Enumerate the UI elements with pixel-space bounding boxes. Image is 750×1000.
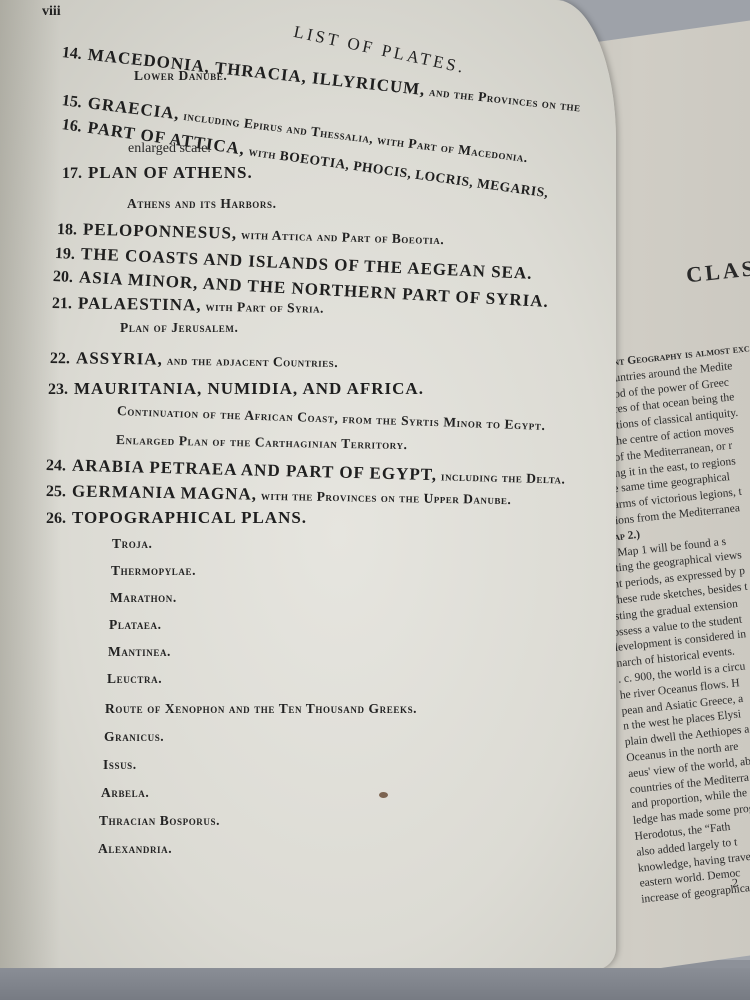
topo-plan-item: Troja. — [112, 536, 152, 552]
plate-number: 20. — [53, 268, 74, 286]
plate-number: 15. — [61, 92, 83, 111]
plate-entry-23: 23.MAURITANIA, NUMIDIA, AND AFRICA. — [48, 379, 424, 399]
plate-subtitle: with the Provinces on the Upper Danube. — [261, 488, 512, 507]
plate-number: 19. — [55, 245, 76, 263]
plate-number: 24. — [46, 457, 66, 475]
plate-title: PELOPONNESUS, — [83, 220, 238, 243]
right-page-heading: CLASS — [685, 254, 750, 289]
topo-plan-item: Mantinea. — [108, 644, 171, 660]
plate-number: 25. — [46, 483, 66, 500]
plate-entry-26: 26.TOPOGRAPHICAL PLANS. — [46, 508, 307, 528]
plate-subtitle: with Part of Syria. — [205, 299, 324, 316]
plate-entry-22: 22.ASSYRIA, and the adjacent Countries. — [50, 348, 338, 372]
plate-number: 14. — [61, 44, 83, 63]
plate-subtitle: including the Delta. — [441, 468, 566, 486]
topo-plan-item: Alexandria. — [98, 841, 172, 857]
left-page: viii LIST OF PLATES. 14.MACEDONIA, THRAC… — [0, 0, 616, 970]
plate-title: TOPOGRAPHICAL PLANS. — [72, 508, 307, 527]
plate-number: 16. — [61, 116, 83, 136]
plate-title: PLAN OF ATHENS. — [88, 163, 253, 182]
plate-sub-entry: Continuation of the African Coast, from … — [117, 403, 546, 434]
topo-plan-item: Marathon. — [110, 590, 177, 606]
plate-title: PALAESTINA, — [78, 293, 202, 314]
surface-edge — [0, 968, 750, 1000]
page-number-roman: viii — [42, 4, 61, 20]
plate-number: 22. — [50, 350, 70, 367]
plate-subtitle: with Attica and Part of Boeotia. — [241, 227, 445, 247]
ink-stain — [379, 792, 388, 798]
plate-sub-entry: Enlarged Plan of the Carthaginian Territ… — [116, 432, 408, 453]
topo-plan-item: Leuctra. — [107, 671, 162, 687]
plate-number: 21. — [52, 295, 72, 312]
plate-subtitle: and the adjacent Countries. — [167, 353, 338, 370]
plate-sub-entry: Lower Danube. — [134, 68, 227, 84]
plate-number: 17. — [62, 165, 82, 182]
plate-title: MAURITANIA, NUMIDIA, AND AFRICA. — [74, 379, 424, 398]
plate-number: 26. — [46, 510, 66, 527]
topo-plan-item: Granicus. — [104, 729, 164, 745]
topo-plan-item: Plataea. — [109, 617, 162, 633]
plate-entry-17: 17.PLAN OF ATHENS. — [62, 163, 253, 183]
topo-plan-item: Issus. — [103, 757, 137, 773]
plate-sub-entry: Athens and its Harbors. — [127, 196, 277, 212]
topo-plan-item: Thracian Bosporus. — [99, 813, 220, 829]
topo-plan-item: Route of Xenophon and the Ten Thousand G… — [105, 701, 417, 717]
topo-plan-item: Thermopylae. — [111, 563, 196, 579]
plate-title: ARABIA PETRAEA AND PART OF EGYPT, — [72, 456, 438, 485]
plate-number: 23. — [48, 381, 68, 398]
topo-plan-item: Arbela. — [101, 785, 149, 801]
plate-subtitle: and the Provinces on the — [428, 84, 581, 115]
plate-sub-entry: Plan of Jerusalem. — [120, 320, 238, 336]
plate-entry-21: 21.PALAESTINA, with Part of Syria. — [52, 293, 324, 318]
plate-sub-entry: enlarged scale. — [128, 141, 211, 157]
plate-title: ASSYRIA, — [76, 348, 163, 368]
plate-title: GERMANIA MAGNA, — [72, 481, 257, 503]
plate-number: 18. — [57, 221, 77, 239]
